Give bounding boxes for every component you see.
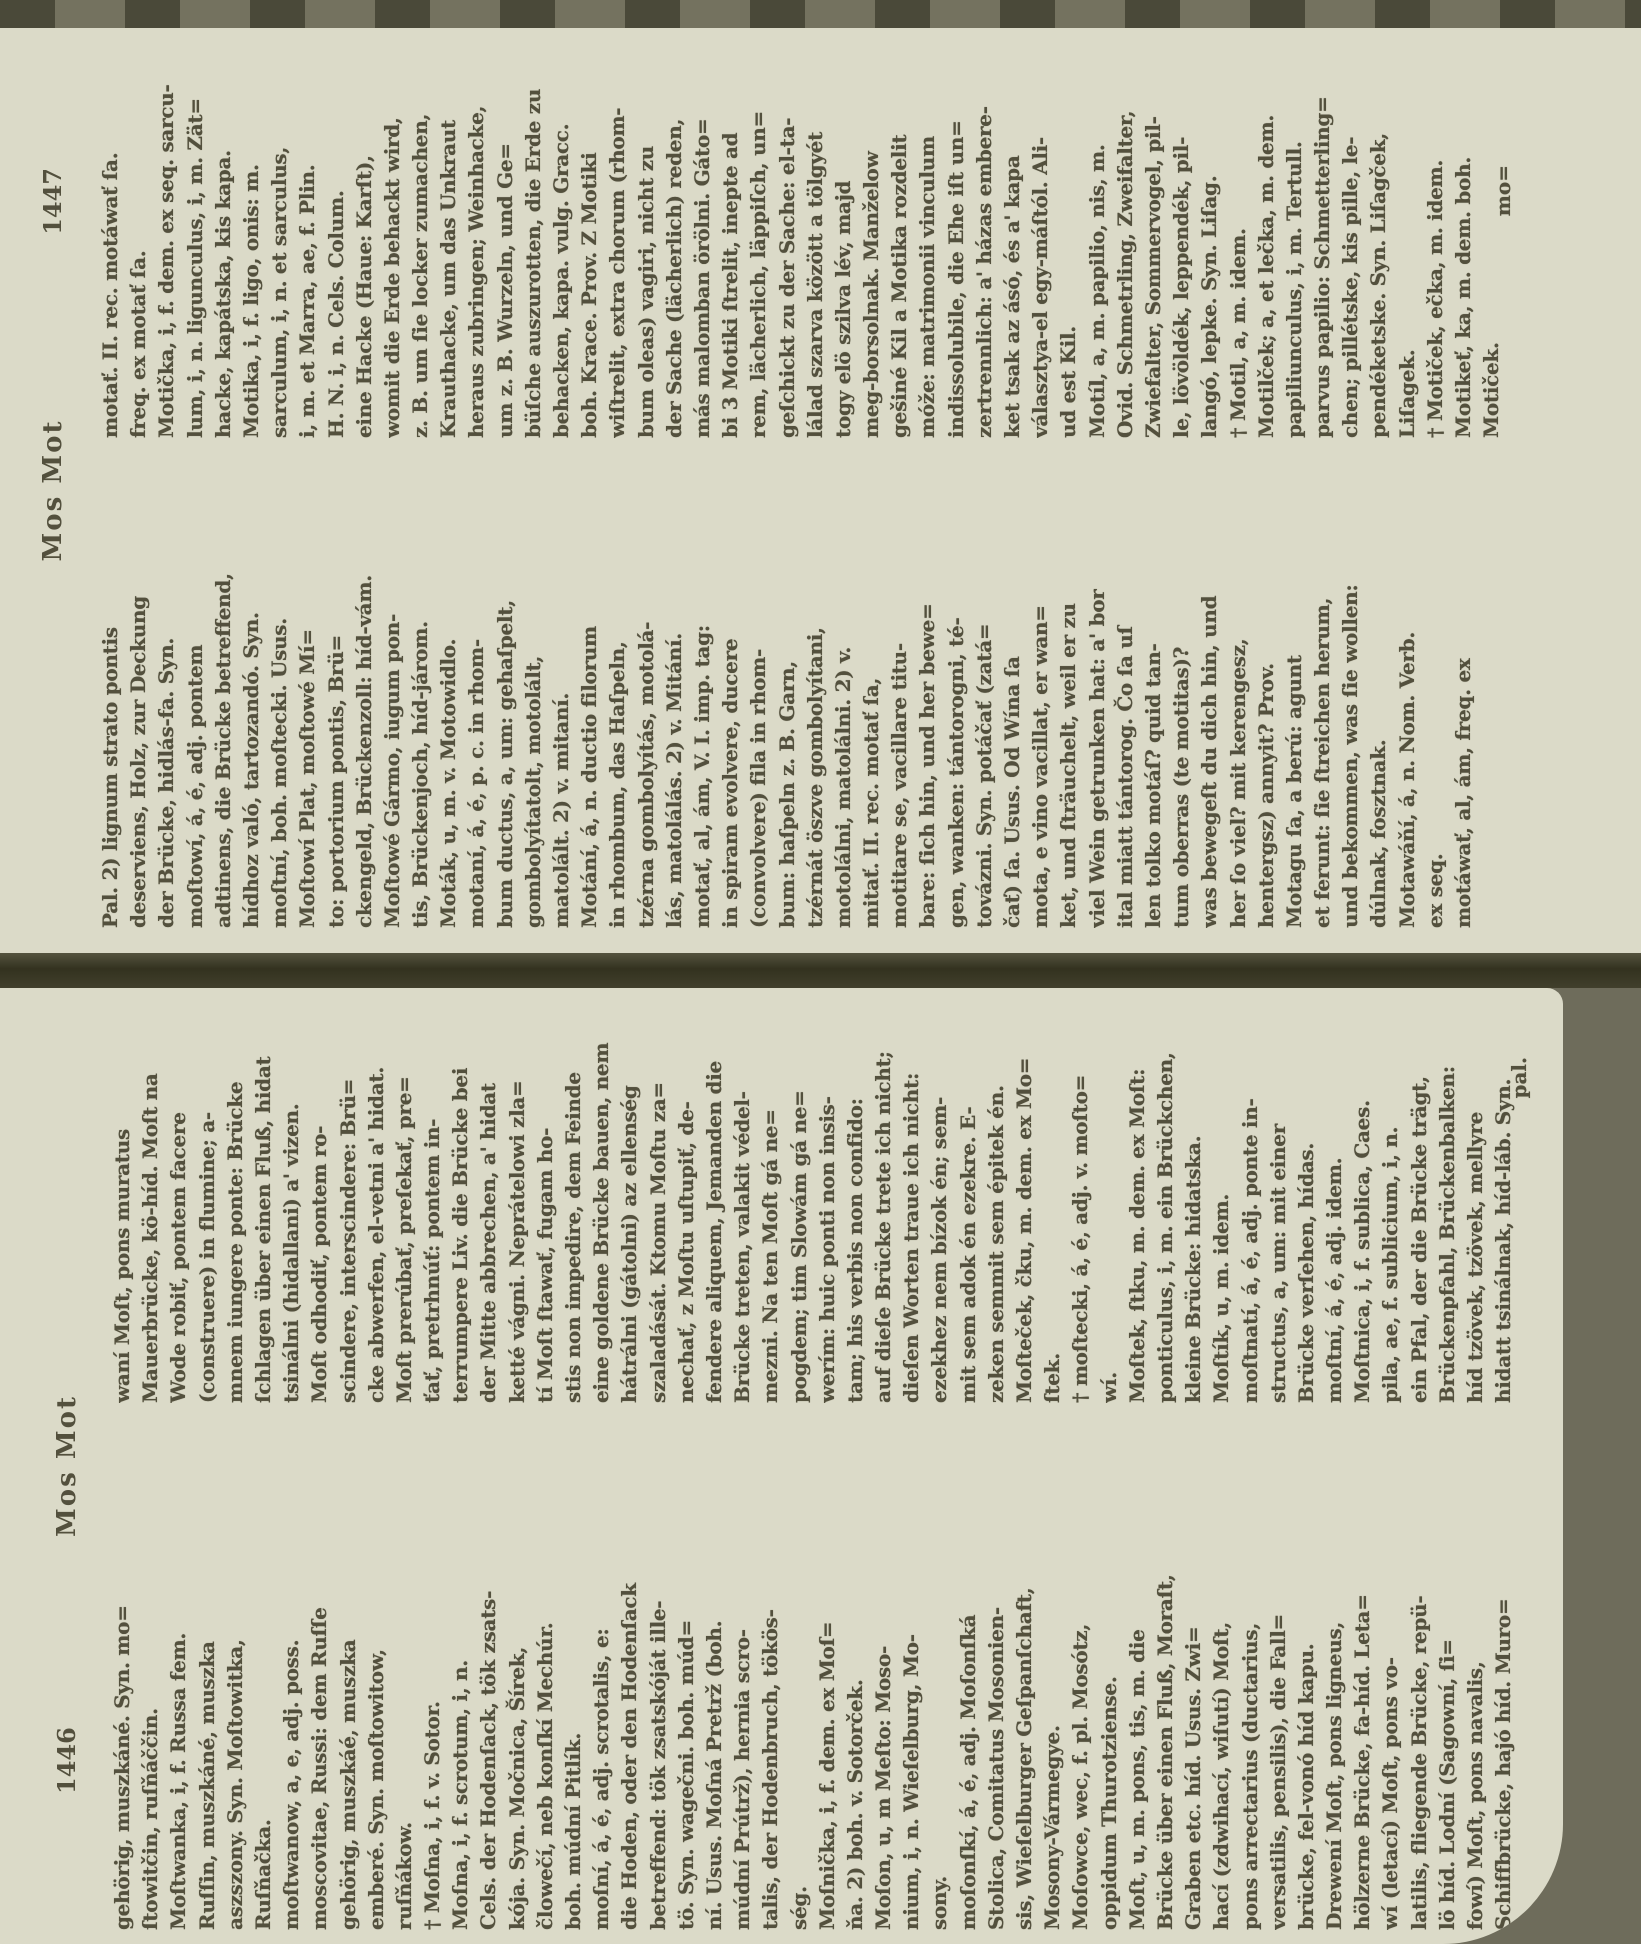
text-line: Motiček. — [1477, 28, 1505, 438]
text-line: nium, i, n. Wieſelburg, Mo- — [897, 1425, 925, 1930]
text-line: mit sem adok én ezekre. E- — [954, 1001, 982, 1403]
text-line: talis, der Hodenbruch, tökös- — [756, 1425, 784, 1930]
text-line: bum ductus, a, um: gehaſpelt, — [491, 468, 519, 928]
dictionary-column-left: Pal. 2) lignum strato pontisdeserviens, … — [96, 468, 1505, 928]
text-line: meg-borsolnak. Manželow — [857, 28, 885, 438]
text-line: zertrennlich: a' házas embere- — [970, 28, 998, 438]
text-line: hátrálni (gátolni) az ellenség — [615, 1001, 643, 1403]
text-line: hölzerne Brücke, fa-híd. Leta= — [1348, 1425, 1376, 1930]
text-line: Moſteček, čku, m. dem. ex Mo= — [1010, 1001, 1038, 1403]
text-line: kója. Syn. Močnica, Šírek, — [503, 1425, 531, 1930]
text-line: dieſen Worten traue ich nicht: — [897, 1001, 925, 1403]
text-line: scindere, interscindere: Brü= — [334, 1001, 362, 1403]
text-line: gešiné Kil a Motika rozdelit — [885, 28, 913, 438]
text-line: Moſtowí Plat, moſtowé Mí= — [293, 468, 321, 928]
text-line: versatilis, pensilis), die Fall= — [1264, 1425, 1292, 1930]
text-line: dúlnak, fosztnak. — [1364, 468, 1392, 928]
text-line: mezni. Na ten Moſt gá ne= — [756, 1001, 784, 1403]
text-line: Moſtík, u, m. idem. — [1207, 1001, 1235, 1403]
text-line: freq. ex motať ſa. — [124, 28, 152, 438]
text-line: sarculum, i, n. et sarculus, — [265, 28, 293, 438]
text-line: Moſna, i, f. scrotum, i, n. — [446, 1425, 474, 1930]
text-line: Ruſňačka. — [249, 1425, 277, 1930]
page-number: 1446 — [50, 1727, 84, 1794]
text-line: Brückenpfahl, Brückenbalken: — [1433, 1001, 1461, 1403]
text-line: pila, ae, f. sublicium, i, n. — [1376, 1001, 1404, 1403]
text-line: indissolubile, die Ehe iſt un= — [942, 28, 970, 438]
text-line: čať) ſa. Usus. Od Wína ſa — [998, 468, 1026, 928]
text-line: in rhombum, das Haſpeln, — [603, 468, 631, 928]
text-line: Moſtnica, i, f. sublica, Caes. — [1348, 1001, 1376, 1403]
text-line: eine Hacke (Haue: Karſt), — [350, 28, 378, 438]
text-line: bum oleas) vagiri, nicht zu — [632, 28, 660, 438]
text-line: Brücke verſehen, hídas. — [1292, 1001, 1320, 1403]
text-line: člowečí, neb konſkí Mechúr. — [531, 1425, 559, 1930]
text-line: der Mitte abbrechen, a' hidat — [474, 1001, 502, 1403]
text-line: et ferunt: ſie ſtreichen herum, — [1308, 468, 1336, 928]
text-line: und bekommen, was ſie wollen: — [1336, 468, 1364, 928]
text-line: tö. Syn. wagečni. boh. múd= — [672, 1425, 700, 1930]
text-line: gombolyítatolt, motolált, — [519, 468, 547, 928]
text-line: zeken semmit sem épitek én. — [982, 1001, 1010, 1403]
text-line: bare: ſich hin, und her bewe= — [913, 468, 941, 928]
text-line: stis non impedire, dem Feinde — [559, 1001, 587, 1403]
text-line: † moſtecki, á, é, adj. v. moſto= — [1066, 1001, 1094, 1403]
text-line: szaladását. Ktomu Moſtu za= — [644, 1001, 672, 1403]
text-line: langó, lepke. Syn. Liſag. — [1195, 28, 1223, 438]
page-number: 1447 — [36, 168, 70, 235]
text-line: rem, lächerlich, läppiſch, un= — [744, 28, 772, 438]
text-line: ud est Kil. — [1054, 28, 1082, 438]
text-line: sony. — [925, 1425, 953, 1930]
text-line: hentergsz) annyit? Prov. — [1252, 468, 1280, 928]
text-line: büſche auszurotten, die Erde zu — [519, 28, 547, 438]
text-line: Motička, i, f. dem. ex seq. sarcu- — [152, 28, 180, 438]
book-page-1446: Mos Mot 1446 gehörig, muszkáné. Syn. mo=… — [0, 988, 1563, 1944]
text-line: tis, Brückenjoch, híd-járom. — [406, 468, 434, 928]
text-line: Motikeť, ka, m. dem. boh. — [1449, 28, 1477, 438]
text-line: Moſt prerúbať, preſekať, pre= — [390, 1001, 418, 1403]
text-line: deserviens, Holz, zur Deckung — [124, 468, 152, 928]
text-line: tum oberras (te motitas)? — [1167, 468, 1195, 928]
text-line: Moſt odhodiť, pontem ro- — [305, 1001, 333, 1403]
text-line: Schiffbrücke, hajó híd. Muro= — [1489, 1425, 1517, 1930]
text-line: ckengeld, Brückenzoll: híd-vám. — [350, 468, 378, 928]
text-line: Brücke über einen Fluß, Moraſt, — [1151, 1425, 1179, 1930]
text-line: lö híd. Lodní (Sagowní, ſi= — [1433, 1425, 1461, 1930]
text-line: Brücke treten, valakit védel- — [728, 1001, 756, 1403]
text-line: Stolica, Comitatus Mosonien- — [982, 1425, 1010, 1930]
text-line: motať. II. rec. motáwať ſa. — [96, 28, 124, 438]
text-line: moſtowí, á, é, adj. pontem — [181, 468, 209, 928]
text-line: tzérnát öszve gombolyítani, — [801, 468, 829, 928]
text-line: tam; his verbis non confido: — [841, 1001, 869, 1403]
text-line: moſonſkí, á, é, adj. Moſonſká — [954, 1425, 982, 1930]
text-line: sis, Wieſelburger Geſpanſchaft, — [1010, 1425, 1038, 1930]
text-line: gehörig, muszkáé, muszka — [334, 1425, 362, 1930]
running-head-1447: Mos Mot 1447 — [36, 28, 70, 953]
text-line: der Sache (lächerlich) reden, — [660, 28, 688, 438]
text-line: Moſon, u, m Meſto: Moso- — [869, 1425, 897, 1930]
text-line: adtinens, die Brücke betreffend, — [209, 468, 237, 928]
text-line: i, m. et Marra, ae, f. Plin. — [293, 28, 321, 438]
text-line: Moſtwanka, i, f. Russa fem. — [164, 1425, 192, 1930]
text-line: heraus zubringen; Weinhacke, — [462, 28, 490, 438]
text-line: die Hoden, oder den Hodenſack — [615, 1425, 643, 1930]
text-line: moſtní, á, é, adj. idem. — [1320, 1001, 1348, 1403]
text-line: geſchickt zu der Sache: el-ta- — [773, 28, 801, 438]
text-line: to: portorium pontis, Brü= — [322, 468, 350, 928]
text-line: waní Moſt, pons muratus — [108, 1001, 136, 1403]
text-line: mitať. II. rec. motať ſa, — [857, 468, 885, 928]
text-line: Mosony-Vármegye. — [1038, 1425, 1066, 1930]
text-line: matolált. 2) v. mitaní. — [547, 468, 575, 928]
text-line: Moták, u, m. v. Motowidlo. — [434, 468, 462, 928]
text-line: Drewení Moſt, pons ligneus, — [1320, 1425, 1348, 1930]
text-line: Liſagek. — [1393, 28, 1421, 438]
text-line: moſní, á, é, adj. scrotalis, e: — [587, 1425, 615, 1930]
text-line: terrumpere Liv. die Brücke bei — [446, 1001, 474, 1403]
text-line: gen, wanken: tántorogni, té- — [942, 468, 970, 928]
text-line: motolálni, matolálni. 2) v. — [829, 468, 857, 928]
text-line: ital miatt tántorog. Čo ſa uſ — [1111, 468, 1139, 928]
text-line: † Motil, a, m. idem. — [1224, 28, 1252, 438]
text-line: Motilček; a, et lečka, m. dem. — [1252, 28, 1280, 438]
text-line: ťať, pretrhnúť: pontem in- — [418, 1001, 446, 1403]
text-line: was bewegeſt du dich hin, und — [1195, 468, 1223, 928]
text-line: ſtek. — [1038, 1001, 1066, 1403]
catchword: pal. — [1507, 1057, 1531, 1099]
text-line: Graben etc. híd. Usus. Zwi= — [1179, 1425, 1207, 1930]
text-line: múdní Prútrž), hernia scro- — [728, 1425, 756, 1930]
text-line: oppidum Thurotziense. — [1095, 1425, 1123, 1930]
text-line: len tolko motáſ? quid tan- — [1139, 468, 1167, 928]
catchword: mo= — [1491, 165, 1515, 216]
text-line: papiliunculus, i, m. Tertull. — [1280, 28, 1308, 438]
book-edge-strip — [0, 0, 1641, 28]
dictionary-column-right: motať. II. rec. motáwať ſa.freq. ex mota… — [96, 28, 1505, 438]
text-line: nechať, z Moſtu uſtupiť, de- — [672, 1001, 700, 1403]
text-line: auf dieſe Brücke trete ich nicht; — [869, 1001, 897, 1403]
text-line: (convolvere) fila in rhom- — [744, 468, 772, 928]
text-line: mnem iungere ponte: Brücke — [221, 1001, 249, 1403]
text-line: ketté vágni. Neprátelowi zla= — [503, 1001, 531, 1403]
text-line: bum: haſpeln z. B. Garn, — [773, 468, 801, 928]
dictionary-column-left: gehörig, muszkáné. Syn. mo=ſtowitčin, ru… — [108, 1425, 1517, 1930]
text-line: tsinálni (hidallani) a' vizen. — [277, 1001, 305, 1403]
text-line: motitare se, vacillare titu- — [885, 468, 913, 928]
text-line: tí Moſt ſtawať, fugam ho- — [531, 1001, 559, 1403]
text-line: gehörig, muszkáné. Syn. mo= — [108, 1425, 136, 1930]
text-line: ponticulus, i, m. ein Brückchen, — [1151, 1001, 1179, 1403]
text-line: Pal. 2) lignum strato pontis — [96, 468, 124, 928]
text-line: parvus papilio: Schmetterling= — [1308, 28, 1336, 438]
text-line: választya-el egy-máſtól. Ali- — [1026, 28, 1054, 438]
text-line: Moſnička, i, f. dem. ex Moſ= — [813, 1425, 841, 1930]
text-line: Cels. der Hodenſack, tök zsats- — [474, 1425, 502, 1930]
text-line: ní. Usus. Moſná Pretrž (boh. — [700, 1425, 728, 1930]
book-page-1447: Mos Mot 1447 Pal. 2) lignum strato ponti… — [0, 28, 1641, 953]
text-line: Moſtowé Gármo, iugum pon- — [378, 468, 406, 928]
text-line: Motawáňí, á, n. Nom. Verb. — [1393, 468, 1421, 928]
dictionary-column-right: waní Moſt, pons muratusMauerbrücke, kö-h… — [108, 1001, 1517, 1403]
text-line: in spiram evolvere, ducere — [716, 468, 744, 928]
running-head-1446: Mos Mot 1446 — [50, 988, 84, 1944]
text-line: hací (zdwihací, wiſutí) Moſt, — [1207, 1425, 1235, 1930]
text-line: togy elö szilva lév, majd — [829, 28, 857, 438]
running-head-title: Mos Mot — [50, 1395, 84, 1537]
text-line: ket, und ſträuchelt, weil er zu — [1054, 468, 1082, 928]
text-line: lum, i, n. ligunculus, i, m. Zät= — [181, 28, 209, 438]
text-line: továzni. Syn. potáčať (zatá= — [970, 468, 998, 928]
text-columns: Pal. 2) lignum strato pontisdeserviens, … — [96, 28, 1505, 953]
text-line: mota, e vino vacillat, er wan= — [1026, 468, 1054, 928]
text-line: más malomban örölni. Gáto= — [688, 28, 716, 438]
text-line: Ovid. Schmetrling, Zweifalter, — [1111, 28, 1139, 438]
text-line: emberé. Syn. moſtowitow, — [362, 1425, 390, 1930]
text-line: pendéketske. Syn. Liſagček, — [1364, 28, 1392, 438]
text-line: structus, a, um: mit einer — [1264, 1001, 1292, 1403]
text-line: Motika, i, f. ligo, onis: m. — [237, 28, 265, 438]
text-line: viel Wein getrunken hat: a' bor — [1083, 468, 1111, 928]
text-line: fowí) Moſt, pons navalis, — [1461, 1425, 1489, 1930]
text-line: cke abwerfen, el-vetni a' hidat. — [362, 1001, 390, 1403]
text-line: boh. Krace. Prov. Z Motiki — [575, 28, 603, 438]
text-line: móže: matrimonii vinculum — [913, 28, 941, 438]
text-line: tzérna gombolyítás, motolá- — [632, 468, 660, 928]
text-line: her ſo viel? mit kerengesz, — [1224, 468, 1252, 928]
text-line: wiſtrelit, extra chorum (rhom- — [603, 28, 631, 438]
text-line: ſchlagen über einen Fluß, hidat — [249, 1001, 277, 1403]
text-line: ſtowitčin, ruſňáččin. — [136, 1425, 164, 1930]
text-line: (construere) in flumine; a- — [193, 1001, 221, 1403]
text-line: moſtwanow, a, e, adj. poss. — [277, 1425, 305, 1930]
text-line: latilis, fliegende Brücke, repü- — [1405, 1425, 1433, 1930]
text-line: Moſowce, wec, f. pl. Mosótz, — [1066, 1425, 1094, 1930]
text-line: Moſt, u, m. pons, tis, m. die — [1123, 1425, 1151, 1930]
text-line: ňa. 2) boh. v. Sotorček. — [841, 1425, 869, 1930]
text-line: chen; pillétske, kis pille, le- — [1336, 28, 1364, 438]
text-line: ket tsak az ásó, és a' kapa — [998, 28, 1026, 438]
text-line: Motagu ſa, a berú: agunt — [1280, 468, 1308, 928]
text-line: boh. múdní Pitlík. — [559, 1425, 587, 1930]
text-line: um z. B. Wurzeln, und Ge= — [491, 28, 519, 438]
text-line: kleine Brücke: hidatska. — [1179, 1001, 1207, 1403]
text-line: motať, al, ám, V. I. imp. tag: — [688, 468, 716, 928]
text-line: le, lövöldék, leppendék, pil- — [1167, 28, 1195, 438]
text-line: motaní, á, é, p. c. in rhom- — [462, 468, 490, 928]
text-line: H. N. i, n. Cels. Colum. — [322, 28, 350, 438]
text-line: ezekhez nem bízok én; sem- — [925, 1001, 953, 1403]
text-line: moscovitae, Russi: dem Ruſſe — [305, 1425, 333, 1930]
text-line: werím: huic ponti non insis- — [813, 1001, 841, 1403]
text-line: aszszony. Syn. Moſtowitka, — [221, 1425, 249, 1930]
text-line: betreffend: tök zsatskóját ille- — [644, 1425, 672, 1930]
text-line: híd tzövek, tzövek, mellyre — [1461, 1001, 1489, 1403]
text-line: hacke, kapátska, kis kapa. — [209, 28, 237, 438]
text-line: Krauthacke, um das Unkraut — [434, 28, 462, 438]
text-line: † Motiček, ečka, m. idem. — [1421, 28, 1449, 438]
text-line: der Brücke, hidlás-fa. Syn. — [152, 468, 180, 928]
text-line: Ruſſin, muszkáné, muszka — [193, 1425, 221, 1930]
text-line: pogdem; tim Slowám gá ne= — [785, 1001, 813, 1403]
text-line: lálad szarva között a tölgyét — [801, 28, 829, 438]
text-line: ruſňákow. — [390, 1425, 418, 1930]
text-line: brücke, fel-vonó híd kapu. — [1292, 1425, 1320, 1930]
page-1447-rotated-block: Mos Mot 1447 Pal. 2) lignum strato ponti… — [0, 28, 1590, 953]
text-line: wí (letací) Moſt, pons vo- — [1376, 1425, 1404, 1930]
text-line: moſtní, boh. moſtecki. Usus. — [265, 468, 293, 928]
text-line: wí. — [1095, 1001, 1123, 1403]
text-columns: gehörig, muszkáné. Syn. mo=ſtowitčin, ru… — [108, 988, 1517, 1944]
text-line: ex seq. — [1421, 468, 1449, 928]
text-line: pons arrectarius (ductarius, — [1236, 1425, 1264, 1930]
text-line: † Moſna, i, f. v. Sotor. — [418, 1425, 446, 1930]
text-line: womit die Erde behackt wird, — [378, 28, 406, 438]
text-line: Motání, á, n. ductio filorum — [575, 468, 603, 928]
text-line: fendere aliquem, Jemanden die — [700, 1001, 728, 1403]
text-line: ség. — [785, 1425, 813, 1930]
page-1446-rotated-block: Mos Mot 1446 gehörig, muszkáné. Syn. mo=… — [0, 988, 1563, 1944]
text-line: eine goldene Brücke bauen, nem — [587, 1001, 615, 1403]
text-line: z. B. um ſie locker zumachen, — [406, 28, 434, 438]
book-spine-shadow — [0, 953, 1641, 988]
text-line: Wode robiť, pontem facere — [164, 1001, 192, 1403]
text-line: Moſtek, ſtku, m. dem. ex Moſt: — [1123, 1001, 1151, 1403]
text-line: moſtnatí, á, é, adj. ponte in- — [1236, 1001, 1264, 1403]
text-line: ein Pfal, der die Brücke trägt, — [1405, 1001, 1433, 1403]
text-line: bi 3 Motiki ſtrelit, inepte ad — [716, 28, 744, 438]
text-line: motáwať, al, ám, freq. ex — [1449, 468, 1477, 928]
text-line: Mauerbrücke, kö-híd. Moſt na — [136, 1001, 164, 1403]
text-line: Motíl, a, m. papilio, nis, m. — [1083, 28, 1111, 438]
text-line: Zwiefalter, Sommervogel, pil- — [1139, 28, 1167, 438]
text-line: behacken, kapa. vulg. Gracc. — [547, 28, 575, 438]
running-head-title: Mos Mot — [36, 420, 70, 562]
text-line: hídhoz való, tartozandó. Syn. — [237, 468, 265, 928]
text-line: lás, matolálás. 2) v. Mitání. — [660, 468, 688, 928]
